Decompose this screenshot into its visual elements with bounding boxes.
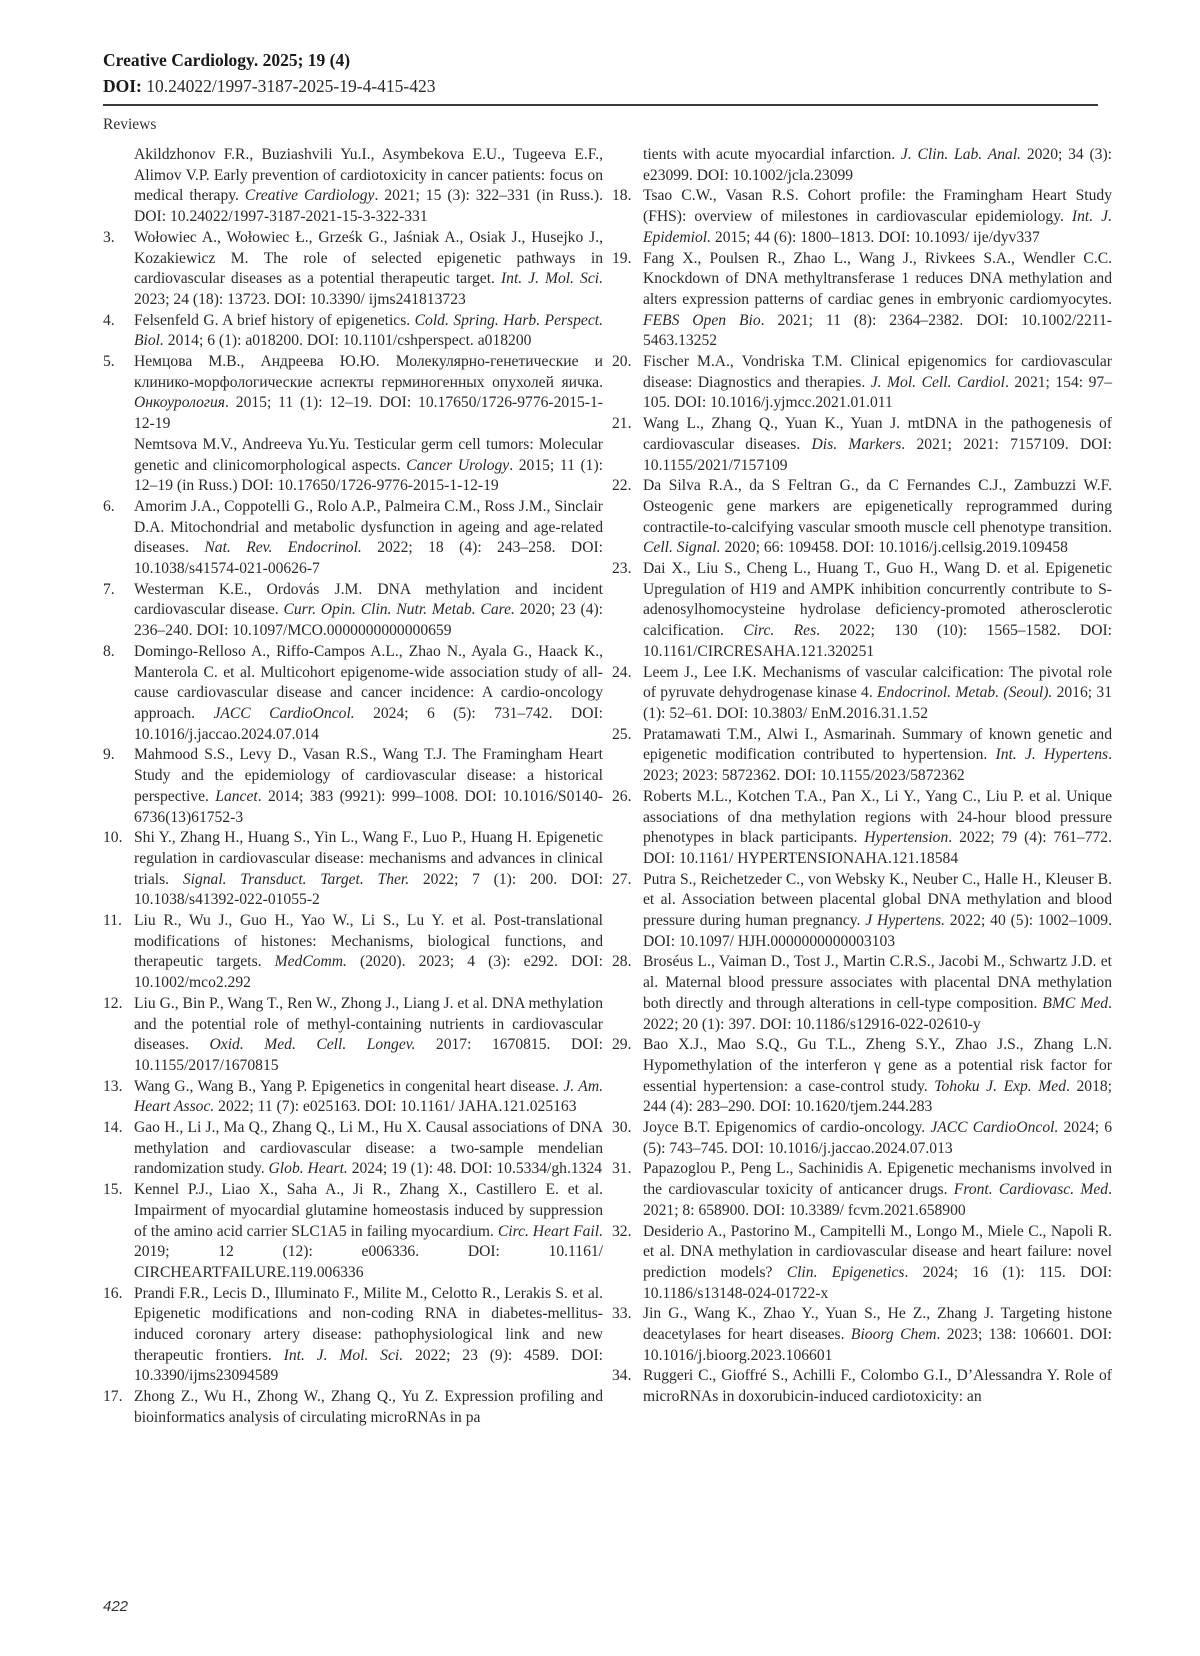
reference-text: Ruggeri C., Gioffré S., Achilli F., Colo… — [643, 1367, 1112, 1405]
reference-journal: Int. J. Mol. Sci. — [284, 1347, 403, 1364]
reference-text: Da Silva R.A., da S Feltran G., da C Fer… — [643, 477, 1112, 535]
reference-number: 4. — [103, 311, 115, 332]
reference-journal: Hypertension — [864, 829, 948, 846]
reference-number: 18. — [612, 186, 632, 207]
reference-citation: 2014; 6 (1): a018200. DOI: 10.1101/cshpe… — [164, 332, 532, 349]
reference-item: 20.Fischer M.A., Vondriska T.M. Clinical… — [612, 352, 1112, 414]
reference-item: 25.Pratamawati T.M., Alwi I., Asmarinah.… — [612, 725, 1112, 787]
reference-item: Nemtsova M.V., Andreeva Yu.Yu. Testicula… — [103, 435, 603, 497]
reference-number: 17. — [103, 1387, 123, 1408]
reference-number: 29. — [612, 1035, 632, 1056]
reference-number: 8. — [103, 642, 115, 663]
reference-journal: Tohoku J. Exp. Med — [934, 1078, 1066, 1095]
reference-journal: Cancer Urology — [406, 457, 509, 474]
reference-item: 31.Papazoglou P., Peng L., Sachinidis A.… — [612, 1159, 1112, 1221]
reference-journal: Circ. Res — [743, 622, 816, 639]
reference-item: 9.Mahmood S.S., Levy D., Vasan R.S., Wan… — [103, 745, 603, 828]
reference-number: 22. — [612, 476, 632, 497]
reference-item: 6.Amorim J.A., Coppotelli G., Rolo A.P.,… — [103, 497, 603, 580]
reference-item: 30.Joyce B.T. Epigenomics of cardio-onco… — [612, 1118, 1112, 1159]
reference-text: Fang X., Poulsen R., Zhao L., Wang J., R… — [643, 250, 1112, 308]
reference-journal: Endocrinol. Metab. (Seoul). — [877, 684, 1052, 701]
reference-text: Tsao C.W., Vasan R.S. Cohort profile: th… — [643, 187, 1112, 225]
reference-journal: Clin. Epigenetics — [787, 1264, 905, 1281]
reference-item: 13.Wang G., Wang B., Yang P. Epigenetics… — [103, 1077, 603, 1118]
doi-label: DOI: — [103, 76, 142, 96]
reference-citation: 2024; 19 (1): 48. DOI: 10.5334/gh.1324 — [348, 1160, 602, 1177]
reference-item: 15.Kennel P.J., Liao X., Saha A., Ji R.,… — [103, 1180, 603, 1284]
reference-text: Wang G., Wang B., Yang P. Epigenetics in… — [134, 1078, 563, 1095]
reference-number: 21. — [612, 414, 632, 435]
reference-journal: JACC CardioOncol. — [213, 705, 354, 722]
reference-item: 10.Shi Y., Zhang H., Huang S., Yin L., W… — [103, 828, 603, 911]
reference-journal: Curr. Opin. Clin. Nutr. Metab. Care. — [283, 601, 514, 618]
reference-number: 5. — [103, 352, 115, 373]
reference-item: 24.Leem J., Lee I.K. Mechanisms of vascu… — [612, 663, 1112, 725]
reference-journal: Int. J. Hypertens — [996, 746, 1109, 763]
journal-title: Creative Cardiology. 2025; 19 (4) — [103, 48, 1098, 72]
reference-item: 4.Felsenfeld G. A brief history of epige… — [103, 311, 603, 352]
reference-item: 29.Bao X.J., Mao S.Q., Gu T.L., Zheng S.… — [612, 1035, 1112, 1118]
reference-number: 24. — [612, 663, 632, 684]
reference-journal: Онкоурология — [134, 394, 225, 411]
reference-journal: Oxid. Med. Cell. Longev. — [210, 1036, 416, 1053]
reference-item: 14.Gao H., Li J., Ma Q., Zhang Q., Li M.… — [103, 1118, 603, 1180]
reference-item: 26.Roberts M.L., Kotchen T.A., Pan X., L… — [612, 787, 1112, 870]
reference-number: 12. — [103, 994, 123, 1015]
reference-item: 11.Liu R., Wu J., Guo H., Yao W., Li S.,… — [103, 911, 603, 994]
reference-journal: Nat. Rev. Endocrinol. — [204, 539, 361, 556]
section-label: Reviews — [103, 116, 156, 134]
reference-item: 23.Dai X., Liu S., Cheng L., Huang T., G… — [612, 559, 1112, 663]
reference-number: 14. — [103, 1118, 123, 1139]
reference-item: 16.Prandi F.R., Lecis D., Illuminato F.,… — [103, 1284, 603, 1388]
reference-number: 15. — [103, 1180, 123, 1201]
reference-number: 26. — [612, 787, 632, 808]
reference-text: Zhong Z., Wu H., Zhong W., Zhang Q., Yu … — [134, 1388, 603, 1426]
reference-number: 3. — [103, 228, 115, 249]
running-header: Creative Cardiology. 2025; 19 (4) DOI: 1… — [103, 48, 1098, 98]
reference-item: Akildzhonov F.R., Buziashvili Yu.I., Asy… — [103, 145, 603, 228]
page-number: 422 — [103, 1598, 128, 1615]
reference-item: 18.Tsao C.W., Vasan R.S. Cohort profile:… — [612, 186, 1112, 248]
reference-number: 32. — [612, 1222, 632, 1243]
reference-journal: J. Clin. Lab. Anal. — [901, 146, 1021, 163]
article-doi: DOI: 10.24022/1997-3187-2025-19-4-415-42… — [103, 74, 1098, 98]
reference-item: 19.Fang X., Poulsen R., Zhao L., Wang J.… — [612, 249, 1112, 353]
reference-journal: J. Mol. Cell. Cardiol — [871, 374, 1005, 391]
reference-item: 12.Liu G., Bin P., Wang T., Ren W., Zhon… — [103, 994, 603, 1077]
reference-journal: Dis. Markers — [812, 436, 902, 453]
reference-item: 5.Немцова М.В., Андреева Ю.Ю. Молекулярн… — [103, 352, 603, 435]
reference-journal: Glob. Heart. — [269, 1160, 348, 1177]
reference-number: 27. — [612, 870, 632, 891]
reference-item: 3.Wołowiec A., Wołowiec Ł., Grześk G., J… — [103, 228, 603, 311]
reference-item: 22.Da Silva R.A., da S Feltran G., da C … — [612, 476, 1112, 559]
reference-journal: Signal. Transduct. Target. Ther. — [183, 871, 409, 888]
reference-journal: Bioorg Chem — [851, 1326, 937, 1343]
reference-journal: JACC CardioOncol. — [930, 1119, 1058, 1136]
doi-value: 10.24022/1997-3187-2025-19-4-415-423 — [146, 76, 435, 96]
reference-journal: FEBS Open Bio — [643, 312, 761, 329]
reference-number: 13. — [103, 1077, 123, 1098]
reference-text: Немцова М.В., Андреева Ю.Ю. Молекулярно-… — [134, 353, 603, 391]
reference-citation: 2015; 44 (6): 1800–1813. DOI: 10.1093/ i… — [711, 229, 1040, 246]
reference-item: 21.Wang L., Zhang Q., Yuan K., Yuan J. m… — [612, 414, 1112, 476]
references-left-column: Akildzhonov F.R., Buziashvili Yu.I., Asy… — [103, 145, 603, 1429]
reference-number: 20. — [612, 352, 632, 373]
reference-item: 28.Broséus L., Vaiman D., Tost J., Marti… — [612, 952, 1112, 1035]
reference-citation: 2022; 11 (7): e025163. DOI: 10.1161/ JAH… — [214, 1098, 576, 1115]
reference-journal: J Hypertens. — [865, 912, 945, 929]
reference-journal: BMC Med — [1042, 995, 1108, 1012]
header-rule — [103, 104, 1098, 106]
reference-citation: 2019; 12 (12): e006336. DOI: 10.1161/ CI… — [134, 1243, 603, 1281]
reference-journal: Creative Cardiology — [245, 187, 375, 204]
reference-text: Joyce B.T. Epigenomics of cardio-oncolog… — [643, 1119, 930, 1136]
reference-item: 34.Ruggeri C., Gioffré S., Achilli F., C… — [612, 1366, 1112, 1407]
reference-journal: Front. Cardiovasc. Med — [954, 1181, 1108, 1198]
reference-journal: Lancet — [215, 788, 257, 805]
reference-item: tients with acute myocardial infarction.… — [612, 145, 1112, 186]
reference-number: 34. — [612, 1366, 632, 1387]
reference-citation: 2020; 66: 109458. DOI: 10.1016/j.cellsig… — [721, 539, 1068, 556]
references-right-column: tients with acute myocardial infarction.… — [612, 145, 1112, 1408]
reference-number: 10. — [103, 828, 123, 849]
reference-journal: MedComm. — [275, 953, 347, 970]
reference-item: 33.Jin G., Wang K., Zhao Y., Yuan S., He… — [612, 1304, 1112, 1366]
reference-text: Felsenfeld G. A brief history of epigene… — [134, 312, 415, 329]
reference-journal: Cell. Signal. — [643, 539, 721, 556]
reference-item: 8.Domingo-Relloso A., Riffo-Campos A.L.,… — [103, 642, 603, 746]
reference-citation: 2023; 24 (18): 13723. DOI: 10.3390/ ijms… — [134, 291, 466, 308]
reference-journal: Circ. Heart Fail. — [498, 1223, 603, 1240]
reference-item: 17.Zhong Z., Wu H., Zhong W., Zhang Q., … — [103, 1387, 603, 1428]
reference-item: 7.Westerman K.E., Ordovás J.M. DNA methy… — [103, 580, 603, 642]
reference-text: tients with acute myocardial infarction. — [643, 146, 901, 163]
reference-item: 32.Desiderio A., Pastorino M., Campitell… — [612, 1222, 1112, 1305]
reference-number: 31. — [612, 1159, 632, 1180]
reference-number: 16. — [103, 1284, 123, 1305]
reference-number: 11. — [103, 911, 122, 932]
reference-item: 27.Putra S., Reichetzeder C., von Websky… — [612, 870, 1112, 953]
reference-journal: Int. J. Mol. Sci. — [501, 270, 603, 287]
reference-number: 9. — [103, 745, 115, 766]
reference-number: 30. — [612, 1118, 632, 1139]
reference-number: 6. — [103, 497, 115, 518]
reference-number: 25. — [612, 725, 632, 746]
reference-number: 28. — [612, 952, 632, 973]
reference-number: 19. — [612, 249, 632, 270]
reference-number: 7. — [103, 580, 115, 601]
reference-number: 23. — [612, 559, 632, 580]
reference-number: 33. — [612, 1304, 632, 1325]
